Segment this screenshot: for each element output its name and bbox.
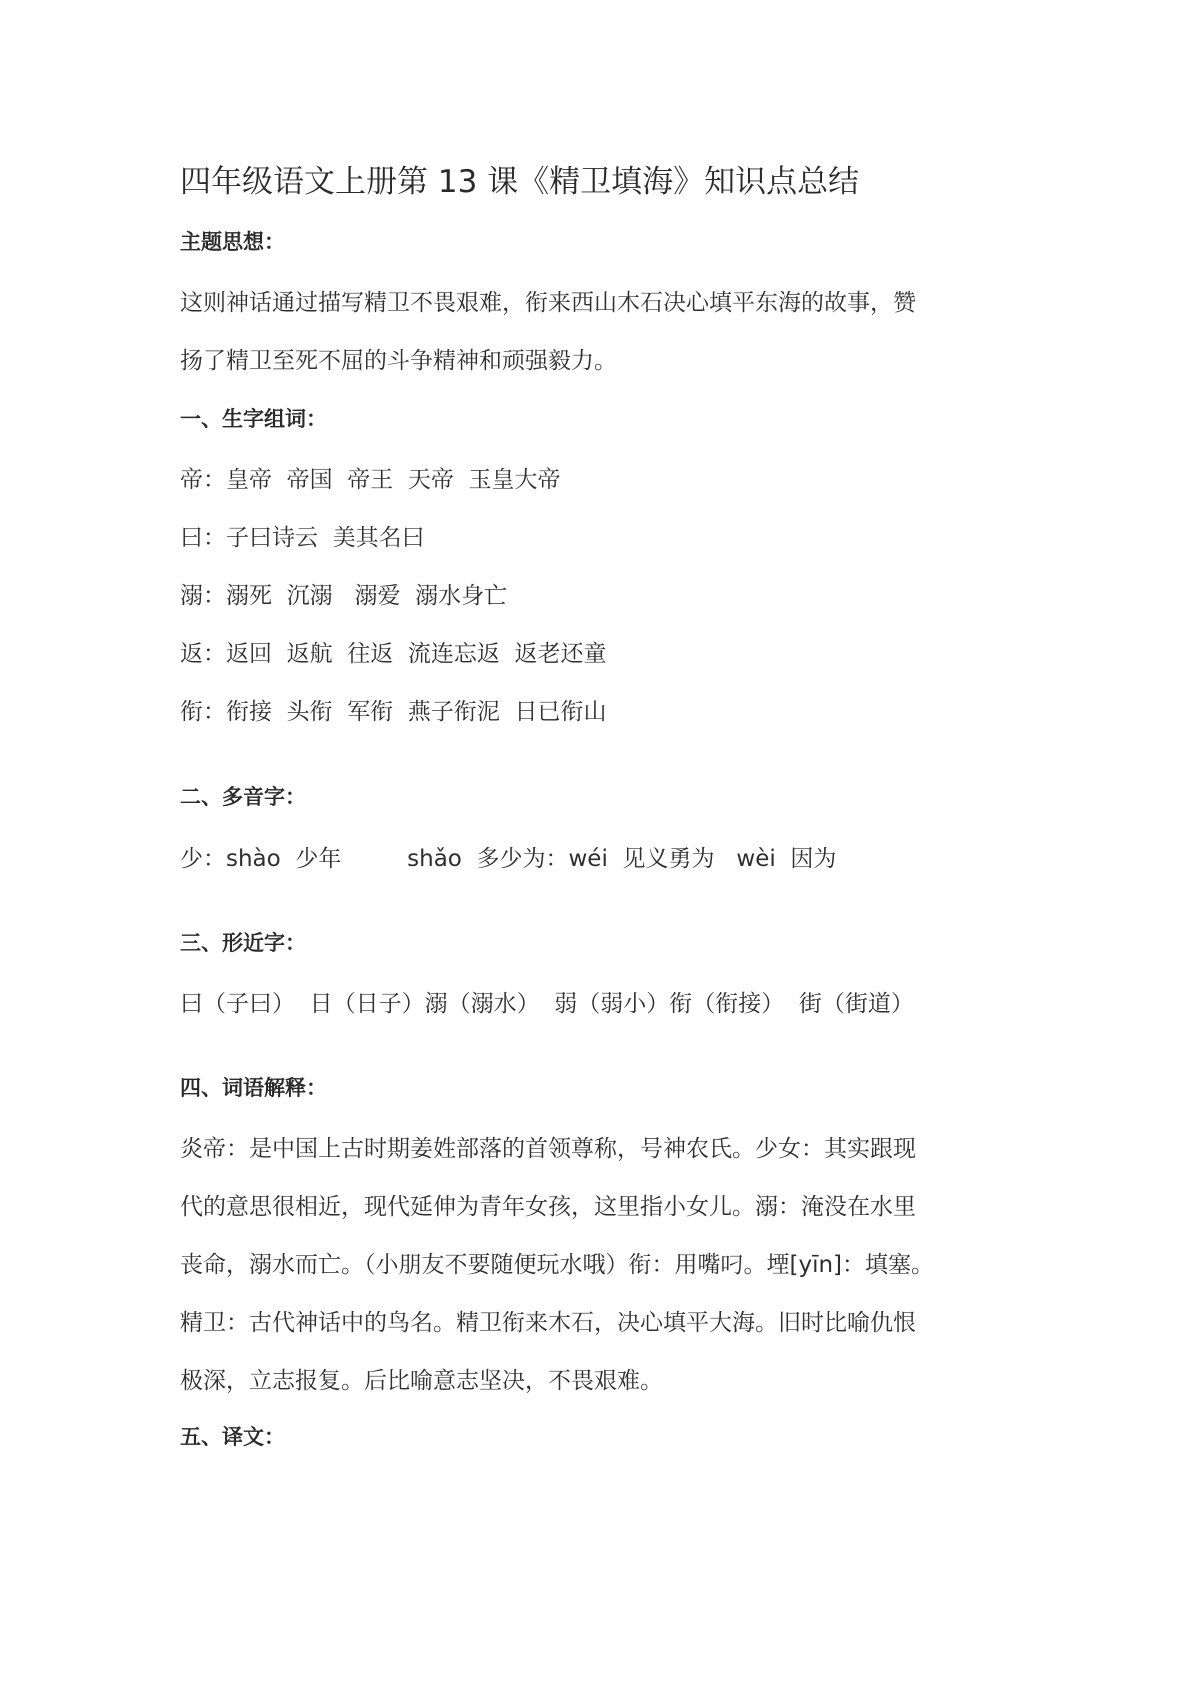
polyphones-line: 少：shào 少年 shǎo 多少为：wéi 见义勇为 wèi 因为 bbox=[180, 840, 836, 873]
new-words-line: 帝：皇帝 帝国 帝王 天帝 玉皇大帝 bbox=[180, 461, 561, 494]
document-title: 四年级语文上册第 13 课《精卫填海》知识点总结 bbox=[180, 156, 859, 201]
new-words-line: 曰：子曰诗云 美其名曰 bbox=[180, 519, 425, 552]
word-explanations-line: 丧命，溺水而亡。（小朋友不要随便玩水哦）衔：用嘴叼。堙[yīn]：填塞。 bbox=[180, 1246, 934, 1279]
theme-text-line: 这则神话通过描写精卫不畏艰难，衔来西山木石决心填平东海的故事，赞 bbox=[180, 284, 916, 317]
section-heading-similar-chars: 三、形近字： bbox=[180, 927, 306, 957]
new-words-line: 衔：衔接 头衔 军衔 燕子衔泥 日已衔山 bbox=[180, 693, 607, 726]
theme-heading: 主题思想： bbox=[180, 226, 285, 256]
new-words-line: 溺：溺死 沉溺 溺爱 溺水身亡 bbox=[180, 577, 507, 610]
new-words-line: 返：返回 返航 往返 流连忘返 返老还童 bbox=[180, 635, 607, 668]
word-explanations-line: 代的意思很相近，现代延伸为青年女孩，这里指小女儿。溺：淹没在水里 bbox=[180, 1188, 916, 1221]
word-explanations-line: 极深，立志报复。后比喻意志坚决，不畏艰难。 bbox=[180, 1362, 663, 1395]
section-heading-translation: 五、译文： bbox=[180, 1421, 285, 1451]
section-heading-polyphones: 二、多音字： bbox=[180, 781, 306, 811]
theme-text-line: 扬了精卫至死不屈的斗争精神和顽强毅力。 bbox=[180, 342, 617, 375]
word-explanations-line: 炎帝：是中国上古时期姜姓部落的首领尊称，号神农氏。少女：其实跟现 bbox=[180, 1130, 916, 1163]
similar-chars-line: 曰（子曰） 日（日子）溺（溺水） 弱（弱小）衔（衔接） 街（街道） bbox=[180, 985, 914, 1018]
section-heading-new-words: 一、生字组词： bbox=[180, 403, 327, 433]
document-page: 四年级语文上册第 13 课《精卫填海》知识点总结 主题思想： 这则神话通过描写精… bbox=[0, 0, 1191, 1684]
word-explanations-line: 精卫：古代神话中的鸟名。精卫衔来木石，决心填平大海。旧时比喻仇恨 bbox=[180, 1304, 916, 1337]
section-heading-word-explanations: 四、词语解释： bbox=[180, 1072, 327, 1102]
